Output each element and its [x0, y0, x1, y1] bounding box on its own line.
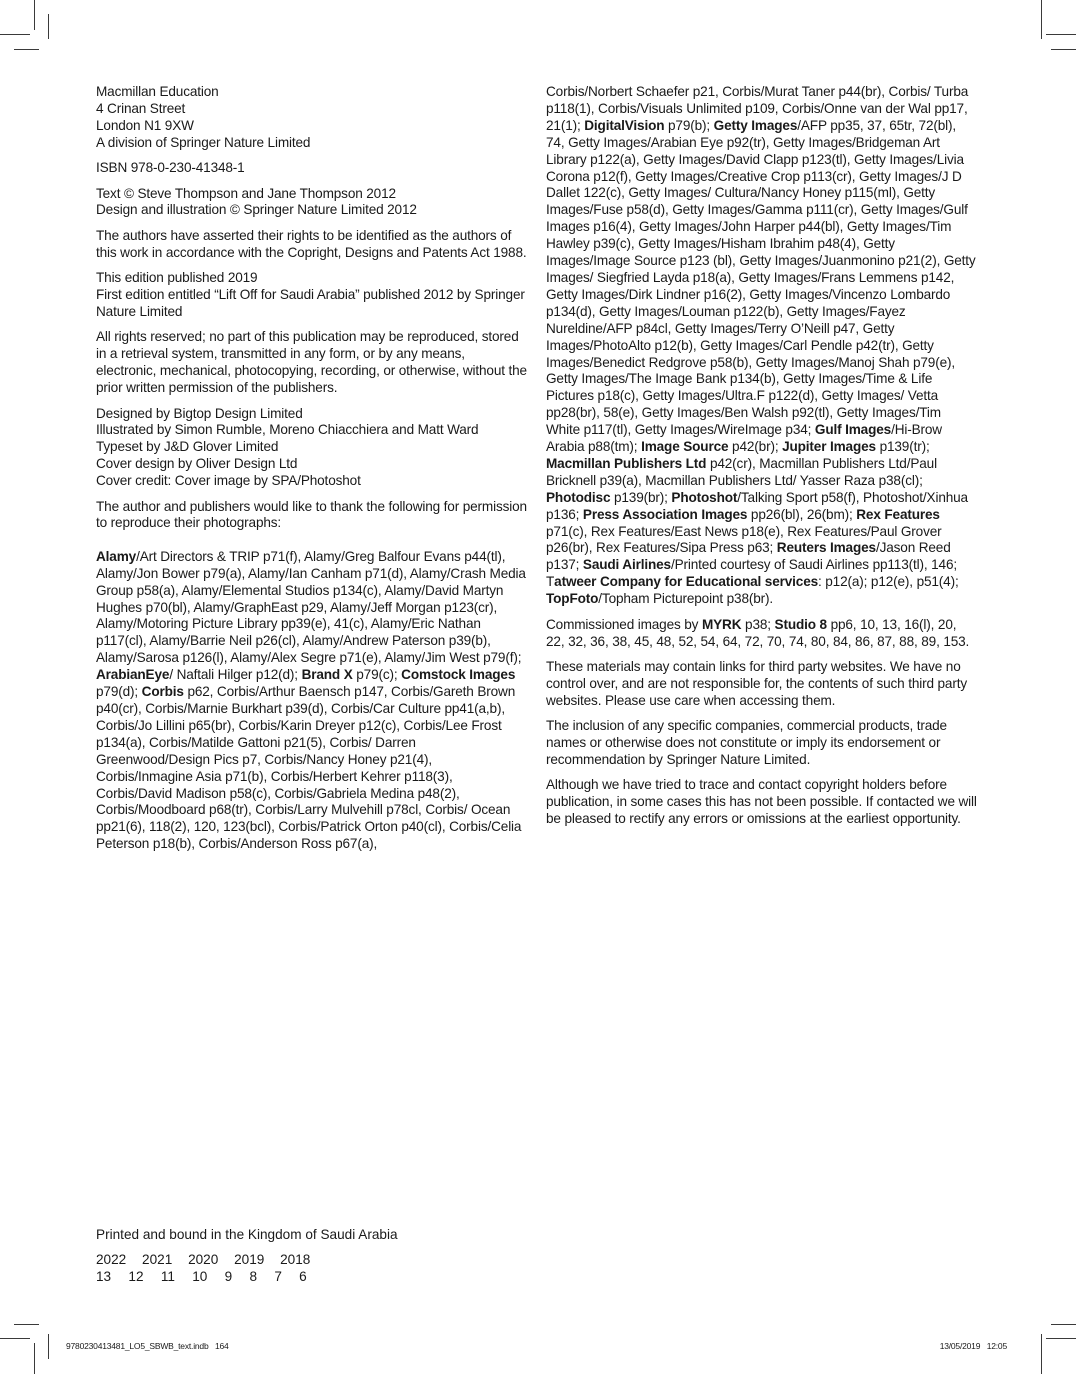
crop-mark — [34, 0, 35, 30]
all-rights-reserved: All rights reserved; no part of this pub… — [96, 329, 528, 397]
left-column: Macmillan Education 4 Crinan Street Lond… — [96, 84, 528, 862]
copyright-holders-notice: Although we have tried to trace and cont… — [546, 777, 978, 828]
crop-mark — [0, 1338, 30, 1339]
crop-mark — [1046, 1338, 1076, 1339]
acknowledgement-intro: The author and publishers would like to … — [96, 499, 528, 533]
crop-mark — [1051, 1324, 1076, 1325]
crop-mark — [48, 1334, 49, 1359]
impression-numbers: 13 12 11 10 9 8 7 6 — [96, 1269, 398, 1286]
right-column: Corbis/Norbert Schaefer p21, Corbis/Mura… — [546, 84, 978, 837]
crop-mark — [1041, 1334, 1042, 1374]
crop-mark — [48, 14, 49, 39]
commissioned-images: Commissioned images by MYRK p38; Studio … — [546, 617, 978, 651]
edition-info: This edition published 2019 First editio… — [96, 270, 528, 321]
inclusion-disclaimer: The inclusion of any specific companies,… — [546, 718, 978, 769]
rights-asserted: The authors have asserted their rights t… — [96, 228, 528, 262]
photo-credits: Alamy/Art Directors & TRIP p71(f), Alamy… — [96, 549, 528, 853]
isbn: ISBN 978-0-230-41348-1 — [96, 160, 528, 177]
publisher-address: Macmillan Education 4 Crinan Street Lond… — [96, 84, 528, 152]
third-party-notice: These materials may contain links for th… — [546, 659, 978, 710]
slug-datetime: 13/05/2019 12:05 — [940, 1341, 1007, 1351]
copyright-notice: Text © Steve Thompson and Jane Thompson … — [96, 186, 528, 220]
photo-credits-continued: Corbis/Norbert Schaefer p21, Corbis/Mura… — [546, 84, 978, 608]
crop-mark — [14, 1324, 39, 1325]
crop-mark — [1051, 49, 1076, 50]
print-years: 2022 2021 2020 2019 2018 — [96, 1252, 398, 1269]
production-credits: Designed by Bigtop Design Limited Illust… — [96, 406, 528, 491]
print-footer: Printed and bound in the Kingdom of Saud… — [96, 1227, 398, 1286]
crop-mark — [0, 34, 30, 35]
crop-mark — [14, 49, 39, 50]
slug-filename: 9780230413481_LO5_SBWB_text.indb 164 — [66, 1341, 229, 1351]
crop-mark — [1046, 34, 1076, 35]
crop-mark — [34, 1343, 35, 1374]
printed-location: Printed and bound in the Kingdom of Saud… — [96, 1227, 398, 1244]
crop-mark — [1041, 0, 1042, 39]
